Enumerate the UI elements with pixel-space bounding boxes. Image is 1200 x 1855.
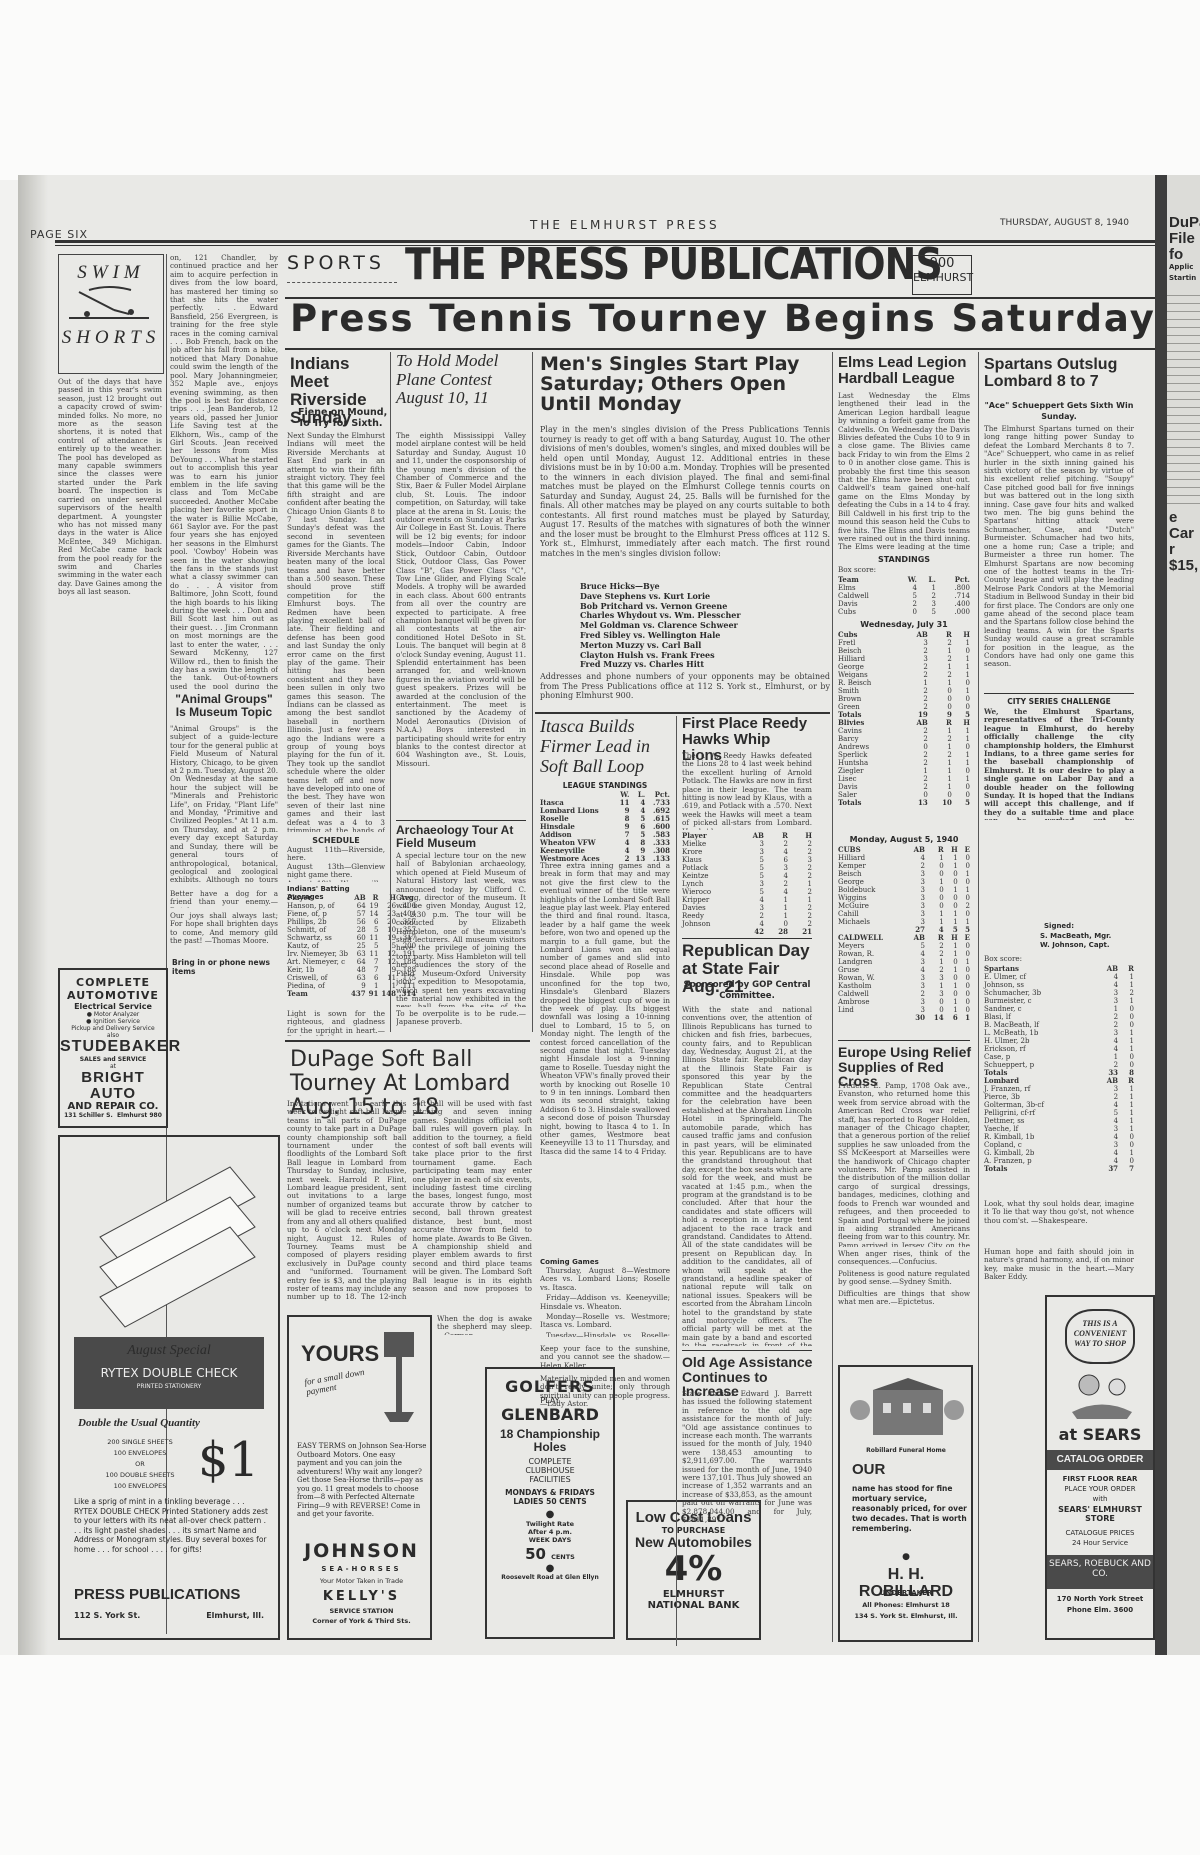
swim-shorts-box: SWIM SHORTS bbox=[58, 254, 164, 374]
coming-game: Monday—Roselle vs. Westmore; Itasca vs. … bbox=[540, 1313, 670, 1330]
robillard-caption: Robillard Funeral Home bbox=[842, 1447, 970, 1454]
quote-german: When the dog is awake the shepherd may s… bbox=[437, 1315, 532, 1335]
quote-confucius: When anger rises, think of the consequen… bbox=[838, 1250, 970, 1268]
golfers-price-unit: CENTS bbox=[551, 1553, 575, 1561]
table-header: Totals377 bbox=[984, 1165, 1134, 1173]
swim-title: SWIM bbox=[59, 263, 163, 284]
bullet-icon: ● bbox=[487, 1509, 613, 1520]
table-row: G. Kimball, 2b41 bbox=[984, 1149, 1134, 1157]
ad-bright-auto: COMPLETE AUTOMOTIVE Electrical Service ●… bbox=[58, 968, 168, 1128]
ad-line-electrical: Electrical Service bbox=[60, 1002, 166, 1011]
table-row: Reedy212 bbox=[682, 912, 812, 920]
ad-sears: THIS IS A CONVENIENT WAY TO SHOP at SEAR… bbox=[1045, 1295, 1155, 1640]
indians-schedule: August 11th—Riverside, here. August 13th… bbox=[287, 846, 385, 882]
johnson-sub: for a small down payment bbox=[304, 1366, 376, 1398]
coming-game: Tuesday—Hinsdale vs. Roselle; Lombard vs… bbox=[540, 1332, 670, 1337]
table-row: Kripper411 bbox=[682, 896, 812, 904]
table-row: Michaels3111 bbox=[838, 918, 970, 926]
ad-brand-sub: SALES and SERVICE bbox=[60, 1056, 166, 1063]
golfers-line8: Twilight Rate bbox=[487, 1520, 613, 1528]
rytex-options: 200 SINGLE SHEETS 100 ENVELOPES OR 100 D… bbox=[90, 1437, 190, 1492]
divider bbox=[535, 712, 830, 714]
golfers-line2: PLAY bbox=[487, 1396, 613, 1405]
table-row: Rowan, W.3300 bbox=[838, 974, 970, 982]
table-row: Sperlick221 bbox=[838, 751, 970, 759]
table-row: B. MacBeath, lf20 bbox=[984, 1021, 1134, 1029]
coming-games-list: Thursday, August 8—Westmore Aces vs. Lom… bbox=[540, 1267, 670, 1337]
rytex-option: 100 DOUBLE SHEETS bbox=[90, 1470, 190, 1481]
golfers-line7: LADIES 50 CENTS bbox=[487, 1497, 613, 1506]
table-header: TeamW.L.Pct. bbox=[838, 576, 970, 584]
table-row: Meyers5210 bbox=[838, 942, 970, 950]
golfers-line1: GOLFERS bbox=[487, 1377, 613, 1396]
old-age-body: State Auditor Edward J. Barrett has issu… bbox=[682, 1390, 812, 1640]
animal-groups-body: "Animal Groups" is the subject of a guid… bbox=[170, 725, 278, 885]
rytex-script: August Special bbox=[74, 1343, 264, 1358]
rytex-banner: August Special RYTEX DOUBLE CHECK PRINTE… bbox=[74, 1337, 264, 1409]
divider bbox=[682, 938, 812, 939]
game1-box-score: CubsABRHFretl321Beisch210Hilliard321Geor… bbox=[838, 631, 970, 807]
rytex-seller-city: Elmhurst, Ill. bbox=[206, 1611, 264, 1620]
rytex-body: Like a sprig of mint in a tinkling bever… bbox=[74, 1497, 270, 1554]
table-row: Beisch210 bbox=[838, 647, 970, 655]
phone-number: 900 bbox=[913, 256, 971, 271]
table-row: McGuire3002 bbox=[838, 902, 970, 910]
table-header: LombardABR bbox=[984, 1077, 1134, 1085]
table-row: Johnson402 bbox=[682, 920, 812, 928]
republican-day-body: With the state and national conventions … bbox=[682, 1006, 812, 1346]
table-row: Beisch3001 bbox=[838, 870, 970, 878]
banner-title: THE PRESS PUBLICATIONS bbox=[405, 242, 942, 288]
robillard-lead: OUR bbox=[852, 1462, 885, 1478]
golfers-price: 50 bbox=[525, 1545, 546, 1563]
table-row: Dettmer, ss41 bbox=[984, 1117, 1134, 1125]
rytex-seller: PRESS PUBLICATIONS bbox=[74, 1587, 240, 1603]
table-row: Erickson, rf41 bbox=[984, 1045, 1134, 1053]
phone-exchange: ELMHURST bbox=[913, 271, 971, 284]
sears-speech-bubble: THIS IS A CONVENIENT WAY TO SHOP bbox=[1065, 1309, 1135, 1364]
table-row: R. Kimball, 1b40 bbox=[984, 1133, 1134, 1141]
column-rule bbox=[676, 716, 677, 1646]
table-row: Schumacher, 3b32 bbox=[984, 989, 1134, 997]
rytex-option: 100 ENVELOPES bbox=[90, 1481, 190, 1492]
ad-line-automotive: AUTOMOTIVE bbox=[60, 989, 166, 1002]
spartans-box-label: Box score: bbox=[984, 955, 1134, 964]
table-row: Gruse4210 bbox=[838, 966, 970, 974]
quote-eddy: Human hope and faith should join in natu… bbox=[984, 1248, 1134, 1284]
table-row: Caldwell52.714 bbox=[838, 592, 970, 600]
golfers-line10: WEEK DAYS bbox=[487, 1536, 613, 1544]
table-row: Caldwell2300 bbox=[838, 990, 970, 998]
rytex-product-sub: PRINTED STATIONERY bbox=[74, 1383, 264, 1390]
table-row: Pelligrini, cf-rf51 bbox=[984, 1109, 1134, 1117]
quote-smith: Politeness is good nature regulated by g… bbox=[838, 1270, 970, 1288]
elms-body: Last Wednesday the Elms lengthened their… bbox=[838, 392, 970, 552]
divider bbox=[984, 693, 1134, 694]
sears-catalog-bar: CATALOG ORDER DESK bbox=[1047, 1450, 1153, 1470]
scan-margin-top bbox=[0, 0, 1200, 180]
table-row: Lind3010 bbox=[838, 1006, 970, 1014]
section-label-sports: SPORTS bbox=[287, 252, 385, 274]
table-row: Potlack532 bbox=[682, 864, 812, 872]
ad-rytex: August Special RYTEX DOUBLE CHECK PRINTE… bbox=[58, 1135, 280, 1640]
table-row: Johnson, ss41 bbox=[984, 981, 1134, 989]
shorts-title: SHORTS bbox=[59, 328, 163, 349]
table-row: Brown200 bbox=[838, 695, 970, 703]
sears-line4: SEARS' ELMHURST STORE bbox=[1051, 1505, 1149, 1523]
league-standings-title: LEAGUE STANDINGS bbox=[540, 781, 670, 790]
animal-groups-headline: "Animal Groups" Is Museum Topic bbox=[170, 693, 278, 718]
sears-company: SEARS, ROEBUCK AND CO. bbox=[1047, 1555, 1153, 1589]
table-row: R. Beisch110 bbox=[838, 679, 970, 687]
column-rule bbox=[532, 352, 533, 1032]
table-row: Landgren3101 bbox=[838, 958, 970, 966]
table-row: Barcy221 bbox=[838, 735, 970, 743]
schedule-item: August 11th—Riverside, here. bbox=[287, 846, 385, 863]
ad-johnson: YOURS for a small down payment EASY TERM… bbox=[287, 1315, 432, 1640]
europe-relief-body: Frederic E. Pamp, 1708 Oak ave., Evansto… bbox=[838, 1082, 970, 1247]
itasca-body: Three extra inning games and a break in … bbox=[540, 862, 670, 1252]
archaeology-body: A special lecture tour on the new hall o… bbox=[396, 852, 526, 1007]
table-header: PlayerABRH bbox=[682, 832, 812, 840]
ad-address: 131 Schiller S. bbox=[64, 1112, 113, 1119]
rytex-option: 200 SINGLE SHEETS bbox=[90, 1437, 190, 1448]
news-items-note: Bring in or phone news items bbox=[172, 958, 280, 976]
table-row: Rowan, R.4210 bbox=[838, 950, 970, 958]
schedule-title: SCHEDULE bbox=[287, 836, 385, 845]
quote-shakespeare: Look, what thy soul holds dear, imagine … bbox=[984, 1200, 1134, 1236]
sears-line1: FIRST FLOOR REAR bbox=[1047, 1475, 1153, 1483]
table-row: Yaeche, lf31 bbox=[984, 1125, 1134, 1133]
sears-address: 170 North York Street bbox=[1047, 1595, 1153, 1603]
spartans-headline: Spartans Outslug Lombard 8 to 7 bbox=[984, 357, 1144, 391]
table-row: Davis23.400 bbox=[838, 600, 970, 608]
mens-singles-footer: Addresses and phone numbers of your oppo… bbox=[540, 672, 830, 702]
table-row: George211 bbox=[838, 663, 970, 671]
ad-golfers: GOLFERS PLAY GLENBARD 18 Championship Ho… bbox=[485, 1367, 615, 1639]
column-rule bbox=[390, 352, 391, 1032]
binding-gutter bbox=[1155, 175, 1167, 1655]
coming-games-title: Coming Games bbox=[540, 1258, 670, 1266]
elms-headline: Elms Lead Legion Hardball League bbox=[838, 355, 968, 387]
divider bbox=[285, 1040, 530, 1042]
robillard-phones: All Phones: Elmhurst 18 bbox=[842, 1601, 970, 1609]
indians-body: Next Sunday the Elmhurst Indians will me… bbox=[287, 432, 385, 832]
coming-game: Friday—Addison vs. Keeneyville; Hinsdale… bbox=[540, 1294, 670, 1311]
ad-line-pickup: Pickup and Delivery Service bbox=[60, 1025, 166, 1032]
quote-moore: Our joys shall always last; For hope sha… bbox=[170, 912, 278, 950]
next-page-heading: DuPage File fo bbox=[1169, 215, 1200, 262]
golfers-line5: COMPLETE CLUBHOUSE FACILITIES bbox=[507, 1457, 593, 1484]
column-rule bbox=[832, 352, 833, 1642]
shopper-illustration-icon bbox=[1067, 1367, 1137, 1422]
banner-headline: Press Tennis Tourney Begins Saturday bbox=[290, 300, 1156, 339]
table-row: Lisec211 bbox=[838, 775, 970, 783]
table-row: Ziegler110 bbox=[838, 767, 970, 775]
golfers-line9: After 4 p.m. bbox=[487, 1528, 613, 1536]
johnson-brand: JOHNSON bbox=[293, 1542, 430, 1562]
table-row: Golterman, 3b-cf41 bbox=[984, 1101, 1134, 1109]
coming-game: Thursday, August 8—Westmore Aces vs. Lom… bbox=[540, 1267, 670, 1292]
swim-shorts-body: Out of the days that have passed in this… bbox=[58, 378, 162, 973]
ad-bullet-ignition: Ignition Service bbox=[93, 1018, 140, 1025]
sears-line3: with bbox=[1047, 1495, 1153, 1503]
next-page-heading-2: e Car r $15, bbox=[1169, 510, 1200, 573]
sears-line5: CATALOGUE PRICES bbox=[1047, 1529, 1153, 1537]
model-plane-headline: To Hold Model Plane Contest August 10, 1… bbox=[396, 352, 531, 408]
divider bbox=[838, 1040, 970, 1041]
johnson-trade: Your Motor Taken in Trade bbox=[293, 1577, 430, 1585]
bullet-icon: ● bbox=[842, 1552, 970, 1562]
table-row: Davies312 bbox=[682, 904, 812, 912]
table-row: Hilliard321 bbox=[838, 655, 970, 663]
table-row: Andrews010 bbox=[838, 743, 970, 751]
archaeology-headline: Archaeology Tour At Field Museum bbox=[396, 824, 526, 849]
rytex-option: 100 ENVELOPES bbox=[90, 1448, 190, 1459]
johnson-dealer-address: Corner of York & Third Sts. bbox=[293, 1617, 430, 1625]
table-row: Mielke322 bbox=[682, 840, 812, 848]
table-row: Fretl321 bbox=[838, 639, 970, 647]
table-row: E. Ulmer, cf41 bbox=[984, 973, 1134, 981]
table-header: SpartansABR bbox=[984, 965, 1134, 973]
quote-dutch: Better have a dog for a friend than your… bbox=[170, 890, 278, 908]
table-header: CubsABRH bbox=[838, 631, 970, 639]
johnson-headline: YOURS bbox=[301, 1342, 379, 1365]
table-row: Lynch321 bbox=[682, 880, 812, 888]
outboard-motor-icon bbox=[374, 1327, 424, 1427]
quote-japanese: To be overpolite is to be rude.—Japanese… bbox=[396, 1010, 526, 1028]
diver-illustration-icon bbox=[59, 284, 159, 324]
ad-line-complete: COMPLETE bbox=[60, 976, 166, 989]
table-row: Huntsha211 bbox=[838, 759, 970, 767]
scan-margin-bottom bbox=[0, 1655, 1200, 1855]
signer: S. MacBeath, Mgr. bbox=[1040, 932, 1140, 941]
table-header: CALDWELLABRHE bbox=[838, 934, 970, 942]
adjacent-page-fragment: DuPage File fo Applic Startin e Car r $1… bbox=[1167, 175, 1200, 1655]
table-row: Pierce, 3b21 bbox=[984, 1093, 1134, 1101]
spartans-deck: "Ace" Schueppert Gets Sixth Win Sunday. bbox=[984, 400, 1134, 422]
page-edge-shadow bbox=[18, 175, 48, 1655]
mens-singles-body: Play in the men's singles division of th… bbox=[540, 425, 830, 575]
table-row: Davis210 bbox=[838, 783, 970, 791]
sears-at: at SEARS bbox=[1047, 1427, 1153, 1444]
ad-phone: Elmhurst 980 bbox=[117, 1112, 162, 1119]
golfers-line4: 18 Championship Holes bbox=[487, 1428, 613, 1453]
issue-date: THURSDAY, AUGUST 8, 1940 bbox=[1000, 218, 1129, 228]
divider bbox=[682, 1350, 812, 1351]
table-row: Keintze542 bbox=[682, 872, 812, 880]
divider bbox=[396, 820, 526, 821]
table-row: George3100 bbox=[838, 878, 970, 886]
stationery-illustration-icon bbox=[90, 1157, 260, 1337]
table-row: Krore342 bbox=[682, 848, 812, 856]
batting-table: PlayerABRHAvg.Hanson, p, of641926.406Fie… bbox=[287, 894, 385, 998]
ad-brand-studebaker: STUDEBAKER bbox=[60, 1039, 166, 1056]
johnson-dealer: KELLY'S bbox=[293, 1589, 430, 1604]
table-row: Burmeister, c31 bbox=[984, 997, 1134, 1005]
table-row: Cahill3110 bbox=[838, 910, 970, 918]
ad-robillard: Robillard Funeral Home OUR name has stoo… bbox=[838, 1365, 973, 1642]
robillard-address: 134 S. York St. Elmhurst, Ill. bbox=[842, 1612, 970, 1620]
signer: W. Johnson, Capt. bbox=[1040, 941, 1140, 950]
swim-column-continued: on, 121 Chandler, by continued practice … bbox=[170, 254, 278, 689]
bullet-icon: ● bbox=[487, 1563, 613, 1574]
table-row: Cubs05.000 bbox=[838, 608, 970, 616]
hawks-box-score: PlayerABRHMielke322Krore342Klaus563Potla… bbox=[682, 832, 812, 936]
elms-box-label: Box score: bbox=[838, 566, 970, 575]
table-row: Case, p10 bbox=[984, 1053, 1134, 1061]
mens-singles-headline: Men's Singles Start Play Saturday; Other… bbox=[540, 355, 800, 415]
first-round-matches: Bruce Hicks—ByeDave Stephens vs. Kurt Lo… bbox=[580, 582, 810, 670]
signers: S. MacBeath, Mgr. W. Johnson, Capt. bbox=[1040, 932, 1140, 950]
spartans-box-score: SpartansABRE. Ulmer, cf41Johnson, ss41Sc… bbox=[984, 965, 1134, 1173]
dupage-body: Invitations went out early this week to … bbox=[287, 1100, 532, 1310]
banner-rule-bottom bbox=[285, 348, 1155, 350]
elms-standings-title: STANDINGS bbox=[838, 555, 970, 564]
elms-standings-table: TeamW.L.Pct.Elms41.800Caldwell52.714Davi… bbox=[838, 576, 970, 616]
quote-psalms: Light is sown for the righteous, and gla… bbox=[287, 1010, 385, 1036]
robillard-body: name has stood for fine mortuary service… bbox=[852, 1484, 967, 1534]
table-row: Wiggins3000 bbox=[838, 894, 970, 902]
table-row: Sandner, c10 bbox=[984, 1005, 1134, 1013]
rytex-option: OR bbox=[90, 1459, 190, 1470]
table-row: Copland, c30 bbox=[984, 1141, 1134, 1149]
golfers-line3: GLENBARD bbox=[487, 1405, 613, 1424]
quote-epictetus: Difficulties are things that show what m… bbox=[838, 1290, 970, 1308]
golfers-line6: MONDAYS & FRIDAYS bbox=[487, 1488, 613, 1497]
table-row: Smith201 bbox=[838, 687, 970, 695]
table-header: CUBSABRHE bbox=[838, 846, 970, 854]
paper-name: THE ELMHURST PRESS bbox=[530, 218, 720, 232]
johnson-brand-sub: SEA-HORSES bbox=[293, 1565, 430, 1573]
game2-title: Monday, August 5, 1940 bbox=[838, 835, 970, 844]
table-row: L. McBeath, 1b31 bbox=[984, 1029, 1134, 1037]
table-header: Totals13105 bbox=[838, 799, 970, 807]
indians-deck: Fiene on Mound, To Try for Sixth. bbox=[298, 407, 388, 429]
table-row: J. Franzen, rf31 bbox=[984, 1085, 1134, 1093]
table-row: Cavins211 bbox=[838, 727, 970, 735]
ad-bullet-motor: Motor Analyzer bbox=[94, 1011, 139, 1018]
table-row: Wieroco542 bbox=[682, 888, 812, 896]
funeral-home-building-icon bbox=[848, 1375, 966, 1440]
game2-box-score: CUBSABRHEHilliard4110Kemper2010Beisch300… bbox=[838, 846, 970, 1022]
schedule-item: August 18th—Warrenville, there. bbox=[287, 880, 385, 882]
schedule-item: August 13th—Glenview night game there. bbox=[287, 863, 385, 880]
spartans-body: The Elmhurst Spartans turned on their lo… bbox=[984, 425, 1134, 690]
column-rule bbox=[978, 352, 979, 1642]
game1-title: Wednesday, July 31 bbox=[838, 620, 970, 629]
table-header: BliviesABRH bbox=[838, 719, 970, 727]
ad-company-name: BRIGHT AUTO bbox=[60, 1070, 166, 1102]
city-series-title: CITY SERIES CHALLENGE bbox=[984, 697, 1134, 706]
sears-phone: Phone Elm. 3600 bbox=[1047, 1606, 1153, 1614]
robillard-title: UNDERTAKER bbox=[842, 1589, 970, 1597]
itasca-headline: Itasca Builds Firmer Lead in Soft Ball L… bbox=[540, 716, 675, 776]
table-row: Weigans221 bbox=[838, 671, 970, 679]
rytex-price: $1 bbox=[198, 1432, 259, 1488]
table-row: Kastholm3110 bbox=[838, 982, 970, 990]
johnson-body: EASY TERMS on Johnson Sea-Horse Outboard… bbox=[297, 1442, 427, 1519]
table-row: Hilliard4110 bbox=[838, 854, 970, 862]
table-row: Ambrose3010 bbox=[838, 998, 970, 1006]
model-plane-body: The eighth Mississippi Valley model airp… bbox=[396, 432, 526, 812]
next-page-deck: Applic Startin bbox=[1169, 262, 1200, 284]
phone-box: 900 ELMHURST bbox=[912, 255, 972, 295]
league-standings-table: W.L.Pct.Itasca114.733Lombard Lions94.692… bbox=[540, 791, 670, 863]
sports-rule bbox=[287, 282, 397, 283]
ad-company-name-2: AND REPAIR CO. bbox=[60, 1101, 166, 1112]
sears-line6: 24 Hour Service bbox=[1047, 1539, 1153, 1547]
city-series-body: We, the Elmhurst Spartans, representativ… bbox=[984, 708, 1134, 820]
rytex-product: RYTEX DOUBLE CHECK bbox=[74, 1366, 264, 1380]
johnson-dealer-sub: SERVICE STATION bbox=[293, 1607, 430, 1615]
table-header: 422821 bbox=[682, 928, 812, 936]
match-pairing: Fred Muzzy vs. Charles Hitt bbox=[580, 660, 810, 670]
table-row: Boldebuck3011 bbox=[838, 886, 970, 894]
reedy-hawks-body: The J. W. Reedy Hawks defeated the Lions… bbox=[682, 752, 812, 830]
rytex-tagline: Double the Usual Quantity bbox=[78, 1417, 200, 1429]
table-row: Kemper2010 bbox=[838, 862, 970, 870]
table-row: Elms41.800 bbox=[838, 584, 970, 592]
table-row: H. Ulmer, 2b41 bbox=[984, 1037, 1134, 1045]
republican-day-deck: Sponsored by GOP Central Committee. bbox=[682, 980, 812, 1002]
rytex-seller-address: 112 S. York St. bbox=[74, 1611, 140, 1620]
table-header: 301461 bbox=[838, 1014, 970, 1022]
golfers-address: Roosevelt Road at Glen Ellyn bbox=[487, 1574, 613, 1581]
table-row: Blasi, lf20 bbox=[984, 1013, 1134, 1021]
signed-label: Signed: bbox=[984, 922, 1134, 930]
table-row: Klaus563 bbox=[682, 856, 812, 864]
sears-line2: PLACE YOUR ORDER bbox=[1047, 1485, 1153, 1493]
